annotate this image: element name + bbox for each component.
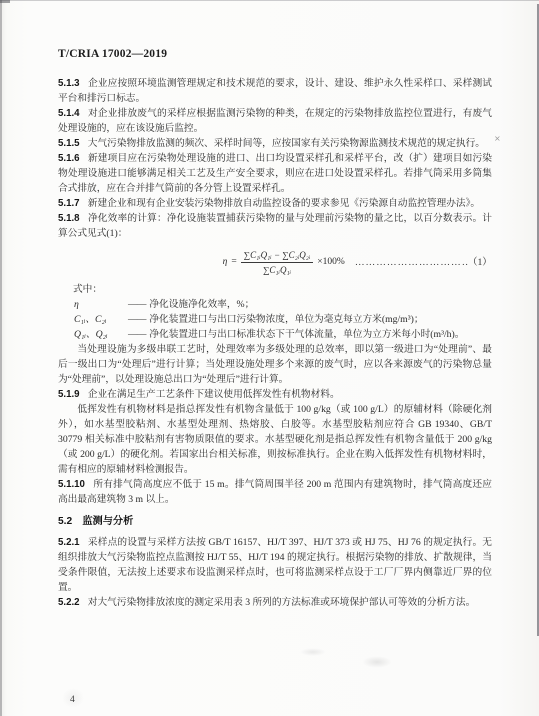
scan-smudge <box>362 656 392 668</box>
clause-text: 所有排气筒高度应不低于 15 m。排气筒周围半径 200 m 范围内有建筑物时，… <box>58 479 492 505</box>
formula-eta-symbol: η <box>223 255 228 270</box>
clause-5-1-5: 5.1.5大气污染物排放监测的频次、采样时间等，应按国家有关污染物源监测技术规范… <box>58 136 492 151</box>
clause-number: 5.1.5 <box>58 138 80 149</box>
formula-denominator: ∑C₁ᵢQ₁ᵢ <box>241 263 314 276</box>
formula-equation-number: ……………………………… （1） <box>355 255 492 270</box>
equation-number-label: （1） <box>468 255 492 270</box>
formula-numerator: ∑C₁ᵢQ₁ᵢ − ∑C₂ᵢQ₂ᵢ <box>241 249 314 263</box>
clause-text: 净化效率的计算：净化设施装置捕获污染物的量与处理前污染物的量之比，以百分数表示。… <box>58 213 492 239</box>
scan-edge-top <box>0 0 539 1</box>
clause-number: 5.1.7 <box>58 198 80 209</box>
equation-1: η = ∑C₁ᵢQ₁ᵢ − ∑C₂ᵢQ₂ᵢ ∑C₁ᵢQ₁ᵢ ×100% …………… <box>58 249 492 276</box>
scan-artifact-cross: × <box>494 134 501 143</box>
clause-text: 新建项目应在污染物处理设施的进口、出口均设置采样孔和采样平台，改（扩）建项目如污… <box>58 153 492 194</box>
clause-number: 5.1.10 <box>58 479 85 490</box>
definition-dash: —— <box>128 312 145 327</box>
definition-text: 净化设施净化效率，%； <box>149 297 492 312</box>
clause-5-1-8: 5.1.8净化效率的计算：净化设施装置捕获污染物的量与处理前污染物的量之比，以百… <box>58 211 492 241</box>
formula-fraction: ∑C₁ᵢQ₁ᵢ − ∑C₂ᵢQ₂ᵢ ∑C₁ᵢQ₁ᵢ <box>241 249 314 276</box>
note-paragraph: 当处理设施为多级串联工艺时，处理效率为多级处理的总效率，即以第一级进口为“处理前… <box>58 342 492 387</box>
clause-number: 5.2.1 <box>58 537 80 548</box>
clause-number: 5.1.4 <box>58 108 80 119</box>
page-footer: 4 <box>70 695 75 705</box>
document-page: × T/CRIA 17002—2019 5.1.3企业应按照环境监测管理规定和技… <box>0 0 539 716</box>
clause-text: 对大气污染物排放浓度的测定采用表 3 所列的方法标准或环境保护部认可等效的分析方… <box>88 597 476 608</box>
clause-text: 新建企业和现有企业安装污染物排放自动监控设备的要求参见《污染源自动监控管理办法》… <box>88 198 480 209</box>
clause-5-1-6: 5.1.6新建项目应在污染物处理设施的进口、出口均设置采样孔和采样平台，改（扩）… <box>58 151 492 196</box>
clause-5-1-3: 5.1.3企业应按照环境监测管理规定和技术规范的要求，设计、建设、维护永久性采样… <box>58 76 492 106</box>
page-number-label: 4 <box>70 695 75 705</box>
symbol-definitions: η —— 净化设施净化效率，%； C₁ᵢ、C₂ᵢ —— 净化装置进口与出口污染物… <box>58 297 492 342</box>
standard-code: T/CRIA 17002—2019 <box>58 48 167 60</box>
clause-text: 企业在满足生产工艺条件下建议使用低挥发性有机物材料。 <box>88 389 340 400</box>
section-heading-5-2: 5.2监测与分析 <box>58 514 492 529</box>
definition-text: 净化装置进口与出口标准状态下干气体流量，单位为立方米每小时(m³/h)。 <box>149 327 492 342</box>
definition-symbol: Q₁ᵢ、Q₂ᵢ <box>74 327 128 342</box>
document-body: 5.1.3企业应按照环境监测管理规定和技术规范的要求，设计、建设、维护永久性采样… <box>58 76 492 610</box>
clause-number: 5.1.8 <box>58 213 80 224</box>
page-header: T/CRIA 17002—2019 <box>58 48 167 60</box>
scan-smudge <box>300 648 326 656</box>
clause-text: 大气污染物排放监测的频次、采样时间等，应按国家有关污染物源监测技术规范的规定执行… <box>88 138 485 149</box>
definition-dash: —— <box>128 327 145 342</box>
clause-number: 5.1.3 <box>58 78 80 89</box>
clause-5-2-2: 5.2.2对大气污染物排放浓度的测定采用表 3 所列的方法标准或环境保护部认可等… <box>58 595 492 610</box>
clause-number: 5.2.2 <box>58 597 80 608</box>
section-title: 监测与分析 <box>82 516 133 527</box>
clause-5-1-4: 5.1.4对企业排放废气的采样应根据监测污染物的种类，在规定的污染物排放监控位置… <box>58 106 492 136</box>
clause-5-1-9: 5.1.9企业在满足生产工艺条件下建议使用低挥发性有机物材料。 <box>58 387 492 402</box>
definition-eta: η —— 净化设施净化效率，%； <box>74 297 492 312</box>
definition-c: C₁ᵢ、C₂ᵢ —— 净化装置进口与出口污染物浓度，单位为毫克每立方米(mg/m… <box>74 312 492 327</box>
scan-edge-left <box>0 0 2 716</box>
definition-q: Q₁ᵢ、Q₂ᵢ —— 净化装置进口与出口标准状态下干气体流量，单位为立方米每小时… <box>74 327 492 342</box>
clause-5-1-10: 5.1.10所有排气筒高度应不低于 15 m。排气筒周围半径 200 m 范围内… <box>58 477 492 507</box>
definition-symbol: C₁ᵢ、C₂ᵢ <box>74 312 128 327</box>
clause-text: 企业应按照环境监测管理规定和技术规范的要求，设计、建设、维护永久性采样口、采样测… <box>58 78 492 104</box>
clause-number: 5.1.6 <box>58 153 80 164</box>
formula-multiplier: ×100% <box>317 255 345 270</box>
definition-text: 净化装置进口与出口污染物浓度，单位为毫克每立方米(mg/m³)； <box>149 312 492 327</box>
clause-5-1-7: 5.1.7新建企业和现有企业安装污染物排放自动监控设备的要求参见《污染源自动监控… <box>58 196 492 211</box>
scan-corner-artifact <box>0 0 10 3</box>
section-number: 5.2 <box>58 516 72 527</box>
clause-text: 采样点的设置与采样方法按 GB/T 16157、HJ/T 397、HJ/T 37… <box>58 537 492 593</box>
dotted-leader: ……………………………… <box>355 255 468 270</box>
where-label: 式中： <box>58 282 492 297</box>
paragraph-low-voc-materials: 低挥发性有机物材料是指总挥发性有机物含量低于 100 g/kg（或 100 g/… <box>58 402 492 477</box>
definition-symbol: η <box>74 297 128 312</box>
formula-expression: η = ∑C₁ᵢQ₁ᵢ − ∑C₂ᵢQ₂ᵢ ∑C₁ᵢQ₁ᵢ ×100% <box>223 249 345 276</box>
clause-number: 5.1.9 <box>58 389 80 400</box>
formula-equals-sign: = <box>231 255 236 270</box>
clause-text: 对企业排放废气的采样应根据监测污染物的种类，在规定的污染物排放监控位置进行，有废… <box>58 108 492 134</box>
clause-5-2-1: 5.2.1采样点的设置与采样方法按 GB/T 16157、HJ/T 397、HJ… <box>58 535 492 595</box>
definition-dash: —— <box>128 297 145 312</box>
